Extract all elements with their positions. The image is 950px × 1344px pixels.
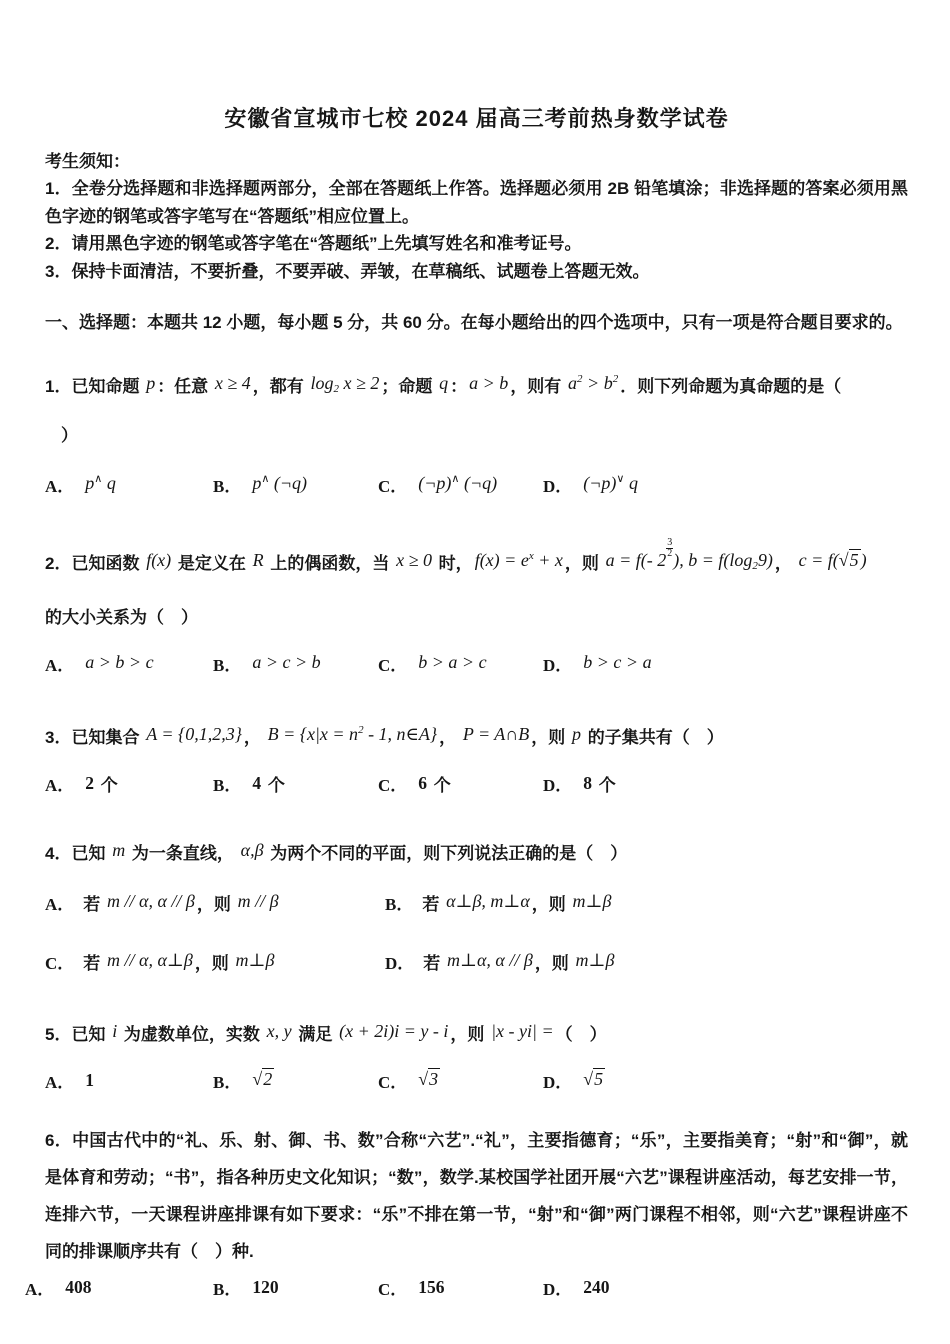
text-segment: ．则下列命题为真命题的是（ [620, 377, 841, 396]
option-label: A． [45, 895, 74, 914]
notice-item-3: 3．保持卡面清洁，不要折叠，不要弄破、弄皱，在草稿纸、试题卷上答题无效。 [45, 258, 908, 286]
math-segment: 156 [416, 1277, 446, 1297]
text-segment: 的大小关系为（ ） [45, 608, 198, 627]
math-segment: b > c > a [581, 652, 653, 672]
math-segment: a2 > b2 [566, 373, 620, 393]
option: A．2 个 [45, 764, 213, 807]
text-segment: ，则 [565, 554, 604, 573]
text-segment: 个 [594, 776, 616, 795]
option: C．156 [378, 1272, 543, 1307]
option: B．a > c > b [213, 644, 378, 687]
options-row: A．2 个B．4 个C．6 个D．8 个 [45, 764, 908, 807]
text-segment: 为一条直线， [127, 844, 238, 863]
option: A．408 [25, 1272, 213, 1307]
text-segment: ，则 [197, 895, 236, 914]
section-header: 一、选择题：本题共 12 小题，每小题 5 分，共 60 分。在每小题给出的四个… [45, 309, 908, 337]
option-label: A． [45, 776, 74, 795]
math-segment: p [570, 724, 583, 744]
math-segment: p∧ q [83, 473, 118, 493]
text-segment: ， [775, 554, 797, 573]
option-label: C． [378, 656, 407, 675]
text-segment: ，则 [535, 954, 574, 973]
options-row: A．1B．√2C．√3D．√5 [45, 1061, 908, 1104]
math-segment: p [144, 373, 157, 393]
question-line: 的大小关系为（ ） [45, 596, 908, 640]
math-segment: m // β [236, 891, 281, 911]
notice-section: 考生须知： 1．全卷分选择题和非选择题两部分，全部在答题纸上作答。选择题必须用 … [45, 148, 908, 285]
option-label: D． [543, 776, 572, 795]
option-label: A． [45, 477, 74, 496]
text-segment: 2．已知函数 [45, 554, 144, 573]
option: C．b > a > c [378, 644, 543, 687]
option: A．1 [45, 1061, 213, 1104]
text-segment: 为虚数单位，实数 [119, 1025, 264, 1044]
option-label: B． [213, 1280, 241, 1299]
text-segment: ，都有 [253, 377, 309, 396]
text-segment: 时， [434, 554, 473, 573]
math-segment: m⊥β [234, 950, 277, 970]
question: 6．中国古代中的“礼、乐、射、御、书、数”合称“六艺”.“礼”，主要指德育；“乐… [45, 1122, 908, 1307]
text-segment: ，则 [531, 728, 570, 747]
option-label: C． [45, 954, 74, 973]
text-segment: 5．已知 [45, 1025, 110, 1044]
text-segment: ，则 [532, 895, 571, 914]
text-segment: ：任意 [157, 377, 213, 396]
math-segment: a > b > c [83, 652, 155, 672]
text-segment: 若 [83, 895, 105, 914]
option-label: B． [385, 895, 413, 914]
option: C．6 个 [378, 764, 543, 807]
option-label: D． [543, 477, 572, 496]
math-segment: (¬p)∨ q [581, 473, 640, 493]
math-segment: 408 [63, 1277, 93, 1297]
text-segment: 个 [429, 776, 451, 795]
option-label: D． [543, 1280, 572, 1299]
question: 5．已知 i 为虚数单位，实数 x, y 满足 (x + 2i)i = y - … [45, 1012, 908, 1104]
question: 1．已知命题 p：任意 x ≥ 4，都有 log2 x ≥ 2；命题 q：a >… [45, 361, 908, 508]
option-label: B． [213, 1073, 241, 1092]
option-label: C． [378, 1280, 407, 1299]
question-line: 2．已知函数 f(x) 是定义在 R 上的偶函数，当 x ≥ 0 时，f(x) … [45, 532, 908, 596]
math-segment: 8 [581, 773, 594, 793]
option: C．√3 [378, 1061, 543, 1104]
text-segment: ， [244, 728, 266, 747]
text-segment: 个 [263, 776, 285, 795]
option: C．若 m // α, α⊥β，则 m⊥β [45, 939, 385, 988]
question: 3．已知集合 A = {0,1,2,3}， B = {x|x = n2 - 1,… [45, 711, 908, 807]
exam-page: 安徽省宣城市七校 2024 届高三考前热身数学试卷 考生须知： 1．全卷分选择题… [0, 0, 950, 1344]
text-segment: 若 [422, 895, 444, 914]
text-segment: 4．已知 [45, 844, 110, 863]
math-segment: m⊥α, α // β [445, 950, 535, 970]
text-segment: 上的偶函数，当 [266, 554, 394, 573]
option: D．若 m⊥α, α // β，则 m⊥β [385, 939, 908, 988]
text-segment: 若 [423, 954, 445, 973]
math-segment: √2 [250, 1069, 276, 1089]
math-segment: m // α, α // β [105, 891, 197, 911]
math-segment: p∧ (¬q) [250, 473, 309, 493]
text-segment: 个 [96, 776, 118, 795]
text-segment: （ ） [556, 1025, 607, 1044]
notice-heading: 考生须知： [45, 148, 908, 175]
question-line: ） [45, 414, 908, 457]
math-segment: √5 [581, 1069, 607, 1089]
option-label: A． [25, 1280, 54, 1299]
option-label: A． [45, 656, 74, 675]
math-segment: R [251, 550, 266, 570]
math-segment: 2 [83, 773, 96, 793]
option-label: B． [213, 776, 241, 795]
exam-title: 安徽省宣城市七校 2024 届高三考前热身数学试卷 [45, 104, 908, 134]
option-label: C． [378, 477, 407, 496]
text-segment: ，则 [195, 954, 234, 973]
option-label: D． [385, 954, 414, 973]
text-segment: 为两个不同的平面，则下列说法正确的是（ ） [266, 844, 628, 863]
math-segment: m [110, 840, 127, 860]
option: A．a > b > c [45, 644, 213, 687]
math-segment: (x + 2i)i = y - i [337, 1021, 450, 1041]
text-segment: ， [439, 728, 461, 747]
options-row: A．a > b > cB．a > c > bC．b > a > cD．b > c… [45, 644, 908, 687]
option: B．4 个 [213, 764, 378, 807]
option-label: D． [543, 656, 572, 675]
notice-item-2: 2．请用黑色字迹的钢笔或答字笔在“答题纸”上先填写姓名和准考证号。 [45, 230, 908, 258]
text-segment: 若 [83, 954, 105, 973]
math-segment: A = {0,1,2,3} [144, 724, 244, 744]
options-row: A．408B．120C．156D．240 [25, 1272, 908, 1307]
math-segment: 120 [250, 1277, 280, 1297]
option: B．√2 [213, 1061, 378, 1104]
question-line: 6．中国古代中的“礼、乐、射、御、书、数”合称“六艺”.“礼”，主要指德育；“乐… [45, 1122, 908, 1270]
option: D．√5 [543, 1061, 908, 1104]
question-line: 4．已知 m 为一条直线， α,β 为两个不同的平面，则下列说法正确的是（ ） [45, 831, 908, 876]
text-segment: 是定义在 [173, 554, 250, 573]
option: D．b > c > a [543, 644, 908, 687]
text-segment: 6．中国古代中的“礼、乐、射、御、书、数”合称“六艺”.“礼”，主要指德育；“乐… [45, 1131, 908, 1261]
math-segment: q [437, 373, 450, 393]
option-label: A． [45, 1073, 74, 1092]
text-segment: ；命题 [381, 377, 437, 396]
option-label: B． [213, 477, 241, 496]
math-segment: a = f(- 232), b = f(log29) [604, 550, 775, 570]
math-segment: 6 [416, 773, 429, 793]
option: A．p∧ q [45, 461, 213, 508]
question: 2．已知函数 f(x) 是定义在 R 上的偶函数，当 x ≥ 0 时，f(x) … [45, 532, 908, 687]
option: D．(¬p)∨ q [543, 461, 908, 508]
math-segment: c = f(√5) [797, 550, 869, 570]
text-segment: 3．已知集合 [45, 728, 144, 747]
questions: 1．已知命题 p：任意 x ≥ 4，都有 log2 x ≥ 2；命题 q：a >… [45, 361, 908, 1307]
math-segment: |x - yi| = [489, 1021, 556, 1041]
math-segment: 1 [83, 1070, 96, 1090]
text-segment: 1．已知命题 [45, 377, 144, 396]
option-label: C． [378, 1073, 407, 1092]
math-segment: 240 [581, 1277, 611, 1297]
option: C．(¬p)∧ (¬q) [378, 461, 543, 508]
options-row: A．p∧ qB．p∧ (¬q)C．(¬p)∧ (¬q)D．(¬p)∨ q [45, 461, 908, 508]
math-segment: m⊥β [571, 891, 614, 911]
math-segment: b > a > c [416, 652, 488, 672]
option: D．240 [543, 1272, 908, 1307]
math-segment: √3 [416, 1069, 442, 1089]
question: 4．已知 m 为一条直线， α,β 为两个不同的平面，则下列说法正确的是（ ）A… [45, 831, 908, 988]
text-segment: 的子集共有（ ） [583, 728, 724, 747]
option-label: C． [378, 776, 407, 795]
math-segment: x ≥ 0 [394, 550, 434, 570]
math-segment: B = {x|x = n2 - 1, n∈A} [266, 724, 439, 744]
math-segment: f(x) = ex + x [473, 550, 565, 570]
math-segment: a > c > b [250, 652, 322, 672]
math-segment: α⊥β, m⊥α [444, 891, 532, 911]
math-segment: P = A∩B [461, 724, 531, 744]
text-segment: ，则 [450, 1025, 489, 1044]
text-segment: ，则有 [510, 377, 566, 396]
math-segment: (¬p)∧ (¬q) [416, 473, 499, 493]
math-segment: a > b [467, 373, 510, 393]
math-segment: 4 [250, 773, 263, 793]
math-segment: α,β [239, 840, 266, 860]
math-segment: x, y [265, 1021, 294, 1041]
question-line: 5．已知 i 为虚数单位，实数 x, y 满足 (x + 2i)i = y - … [45, 1012, 908, 1057]
math-segment: i [110, 1021, 119, 1041]
math-segment: m⊥β [574, 950, 617, 970]
math-segment: log2 x ≥ 2 [309, 373, 382, 393]
math-segment: m // α, α⊥β [105, 950, 195, 970]
text-segment: ： [450, 377, 467, 396]
option-label: B． [213, 656, 241, 675]
math-segment: x ≥ 4 [213, 373, 253, 393]
question-line: 1．已知命题 p：任意 x ≥ 4，都有 log2 x ≥ 2；命题 q：a >… [45, 361, 908, 414]
options-row: A．若 m // α, α // β，则 m // βB．若 α⊥β, m⊥α，… [45, 880, 908, 988]
option: B．若 α⊥β, m⊥α，则 m⊥β [385, 880, 908, 929]
option: A．若 m // α, α // β，则 m // β [45, 880, 385, 929]
text-segment: 满足 [294, 1025, 337, 1044]
option-label: D． [543, 1073, 572, 1092]
option: D．8 个 [543, 764, 908, 807]
option: B．p∧ (¬q) [213, 461, 378, 508]
math-segment: f(x) [144, 550, 173, 570]
text-segment: ） [61, 426, 78, 445]
question-line: 3．已知集合 A = {0,1,2,3}， B = {x|x = n2 - 1,… [45, 711, 908, 760]
notice-item-1: 1．全卷分选择题和非选择题两部分，全部在答题纸上作答。选择题必须用 2B 铅笔填… [45, 175, 908, 230]
option: B．120 [213, 1272, 378, 1307]
